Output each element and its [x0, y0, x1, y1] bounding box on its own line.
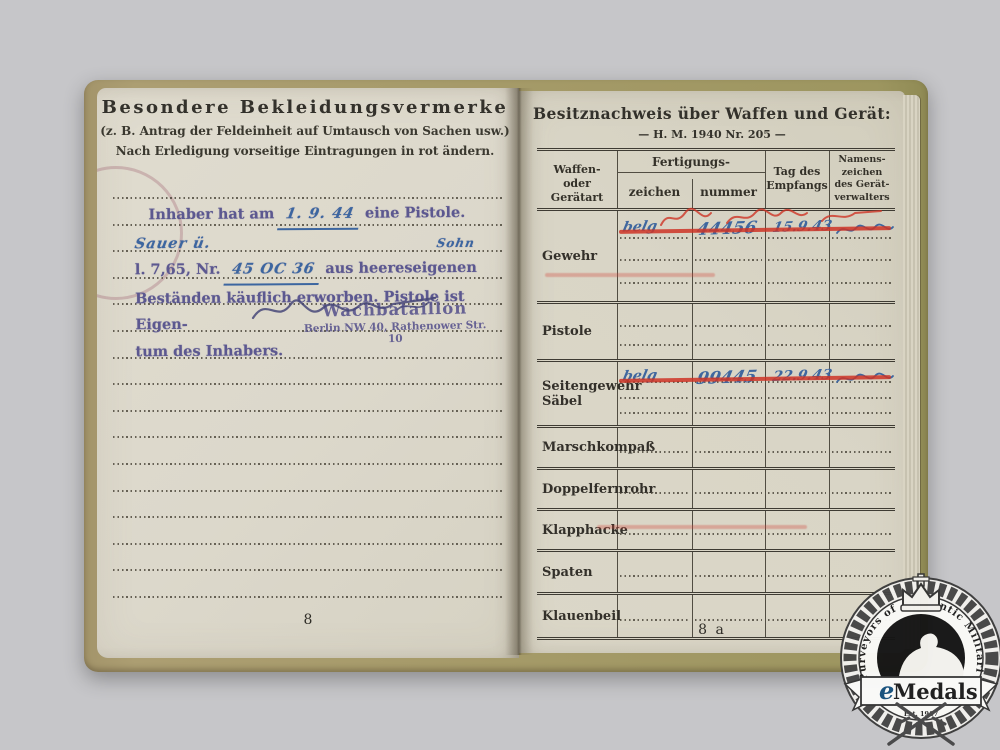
cell-dotted-line — [620, 492, 689, 494]
cell-dotted-line — [768, 412, 826, 414]
handwritten-maker-2: Sohn — [434, 230, 477, 257]
cell-dotted-line — [768, 451, 826, 453]
right-page: Besitznachweis über Waffen und Gerät: — … — [519, 91, 905, 653]
table-row: Seitengewehr Säbelbelg9944522.9.43 — [537, 359, 895, 425]
cell-dotted-line — [768, 575, 826, 577]
cell-dotted-line — [620, 325, 689, 327]
emedals-watermark-badge: Purveyors of Authentic Militaria e Medal… — [833, 572, 1000, 748]
brand-text: Medals — [893, 679, 978, 704]
row-label: Spaten — [542, 552, 616, 592]
handwritten-date: 1. 9. 44 — [277, 201, 362, 230]
row-label: Marschkompaß — [542, 428, 616, 467]
cell-dotted-line — [832, 397, 892, 399]
cell-dotted-line — [695, 259, 762, 261]
entry-text: tum des Inhabers. — [135, 342, 283, 360]
ruled-dotted-line — [113, 383, 503, 385]
right-page-subtitle: — H. M. 1940 Nr. 205 — — [519, 128, 905, 141]
ruled-dotted-line — [113, 436, 503, 438]
header-namenszeichen: Namens- zeichen des Gerät- verwalters — [829, 154, 895, 204]
cell-dotted-line — [695, 451, 762, 453]
cell-dotted-line — [695, 533, 762, 535]
handwritten-serial: 45 OC 36 — [223, 256, 322, 285]
cell-dotted-line — [620, 533, 689, 535]
cell-dotted-line — [832, 492, 892, 494]
cell-dotted-line — [768, 533, 826, 535]
cell-dotted-line — [768, 492, 826, 494]
binding-crease — [505, 88, 533, 655]
red-overwrite-scribble — [657, 205, 887, 231]
table-row: Pistole — [537, 301, 895, 359]
left-page-subtitle-1: (z. B. Antrag der Feldeinheit auf Umtaus… — [97, 124, 513, 138]
signature-scribble — [247, 288, 447, 330]
cell-dotted-line — [695, 492, 762, 494]
cell-dotted-line — [832, 533, 892, 535]
entry-text: eine Pistole. — [365, 204, 465, 222]
cell-dotted-line — [832, 344, 892, 346]
page-edge-stack — [903, 95, 920, 649]
table-row: Doppelfernrohr — [537, 467, 895, 508]
cell-dotted-line — [832, 412, 892, 414]
left-page-number: 8 — [97, 612, 519, 628]
cell-dotted-line — [768, 282, 826, 284]
cell-dotted-line — [768, 344, 826, 346]
cell-dotted-line — [768, 325, 826, 327]
cell-dotted-line — [768, 237, 826, 239]
cell-dotted-line — [832, 259, 892, 261]
header-nummer: nummer — [692, 185, 765, 199]
ruled-dotted-line — [113, 543, 503, 545]
red-pencil-smear — [545, 273, 715, 277]
left-page-subtitle-2: Nach Erledigung vorseitige Eintragungen … — [97, 144, 513, 158]
cell-dotted-line — [695, 325, 762, 327]
table-row: Klapphacke — [537, 508, 895, 549]
table-row: Gewehrbelg4445615.9.43 — [537, 208, 895, 301]
cell-dotted-line — [695, 575, 762, 577]
ribbon-banner: e Medals — [845, 676, 997, 710]
brand-letter-e: e — [879, 676, 894, 705]
row-label: Seitengewehr Säbel — [542, 362, 616, 425]
ruled-dotted-line — [113, 596, 503, 598]
ruled-dotted-line — [113, 516, 503, 518]
row-label: Gewehr — [542, 211, 616, 301]
row-label: Klapphacke — [542, 511, 616, 549]
cell-dotted-line — [620, 259, 689, 261]
entry-text: l. 7,65, Nr. — [135, 261, 221, 279]
photo-of-soldbuch: Besondere Bekleidungsvermerke (z. B. Ant… — [0, 0, 1000, 750]
table-header: Waffen- oder Gerätart Fertigungs- zeiche… — [537, 151, 895, 208]
cell-dotted-line — [695, 397, 762, 399]
weapons-table: Waffen- oder Gerätart Fertigungs- zeiche… — [537, 148, 895, 640]
cell-dotted-line — [832, 325, 892, 327]
cell-dotted-line — [832, 451, 892, 453]
row-label: Doppelfernrohr — [542, 470, 616, 508]
header-zeichen: zeichen — [617, 185, 692, 199]
cell-dotted-line — [768, 397, 826, 399]
cell-dotted-line — [620, 575, 689, 577]
cell-dotted-line — [620, 451, 689, 453]
cell-dotted-line — [768, 259, 826, 261]
cell-dotted-line — [695, 282, 762, 284]
cell-dotted-line — [620, 237, 689, 239]
cell-dotted-line — [620, 344, 689, 346]
cell-dotted-line — [620, 397, 689, 399]
table-row: Marschkompaß — [537, 425, 895, 467]
cell-dotted-line — [695, 619, 762, 621]
left-page-title: Besondere Bekleidungsvermerke — [97, 97, 513, 118]
cell-dotted-line — [620, 619, 689, 621]
row-label: Pistole — [542, 304, 616, 359]
header-tag-des-empfangs: Tag des Empfangs — [765, 165, 829, 193]
entry-text: aus heereseigenen — [325, 259, 477, 277]
right-page-title: Besitznachweis über Waffen und Gerät: — [519, 104, 905, 123]
ruled-dotted-line — [113, 410, 503, 412]
header-waffenart: Waffen- oder Gerätart — [537, 163, 617, 205]
handwritten-maker: Sauer ü. — [132, 230, 212, 257]
ruled-dotted-line — [113, 463, 503, 465]
cell-dotted-line — [832, 282, 892, 284]
cell-dotted-line — [620, 412, 689, 414]
header-fertigungs: Fertigungs- — [617, 155, 765, 173]
left-page: Besondere Bekleidungsvermerke (z. B. Ant… — [97, 88, 519, 658]
cell-dotted-line — [695, 412, 762, 414]
ruled-dotted-line — [113, 490, 503, 492]
cell-dotted-line — [695, 344, 762, 346]
cell-dotted-line — [768, 619, 826, 621]
ruled-dotted-line — [113, 569, 503, 571]
cell-dotted-line — [620, 282, 689, 284]
entry-text: Inhaber hat am — [148, 205, 274, 223]
red-pencil-smear — [597, 525, 807, 529]
ruled-dotted-line — [113, 197, 503, 199]
